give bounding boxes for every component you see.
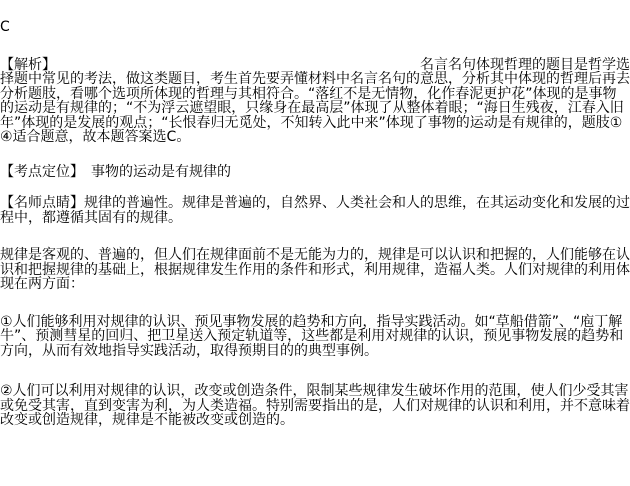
exam-point-label: 【考点定位】 [0,164,84,180]
analysis-section: 【解析】名言名句体现哲理的题目是哲学选择题中常见的考法，做这类题目，考生首先要弄… [0,58,630,145]
exam-point-section: 【考点定位】事物的运动是有规律的 [0,165,630,180]
document-page: C 【解析】名言名句体现哲理的题目是哲学选择题中常见的考法，做这类题目，考生首先… [0,0,630,428]
teacher-tip-text: 规律的普遍性。规律是普遍的，自然界、人类社会和人的思维，在其运动变化和发展的过程… [0,195,630,226]
rule-objective-paragraph: 规律是客观的、普遍的，但人们在规律面前不是无能为力的，规律是可以认识和把握的，人… [0,248,630,292]
blank-gap [56,68,420,69]
rule-use-item-2: ②人们可以利用对规律的认识，改变或创造条件，限制某些规律发生破坏作用的范围，使人… [0,384,630,428]
exam-point-text: 事物的运动是有规律的 [91,164,231,180]
teacher-tip-section: 【名师点睛】规律的普遍性。规律是普遍的，自然界、人类社会和人的思维，在其运动变化… [0,196,630,225]
answer-letter: C [0,20,630,35]
rule-use-item-1: ①人们能够利用对规律的认识、预见事物发展的趋势和方向，指导实践活动。如“草船借箭… [0,315,630,359]
analysis-text: 名言名句体现哲理的题目是哲学选择题中常见的考法，做这类题目，考生首先要弄懂材料中… [0,57,630,146]
